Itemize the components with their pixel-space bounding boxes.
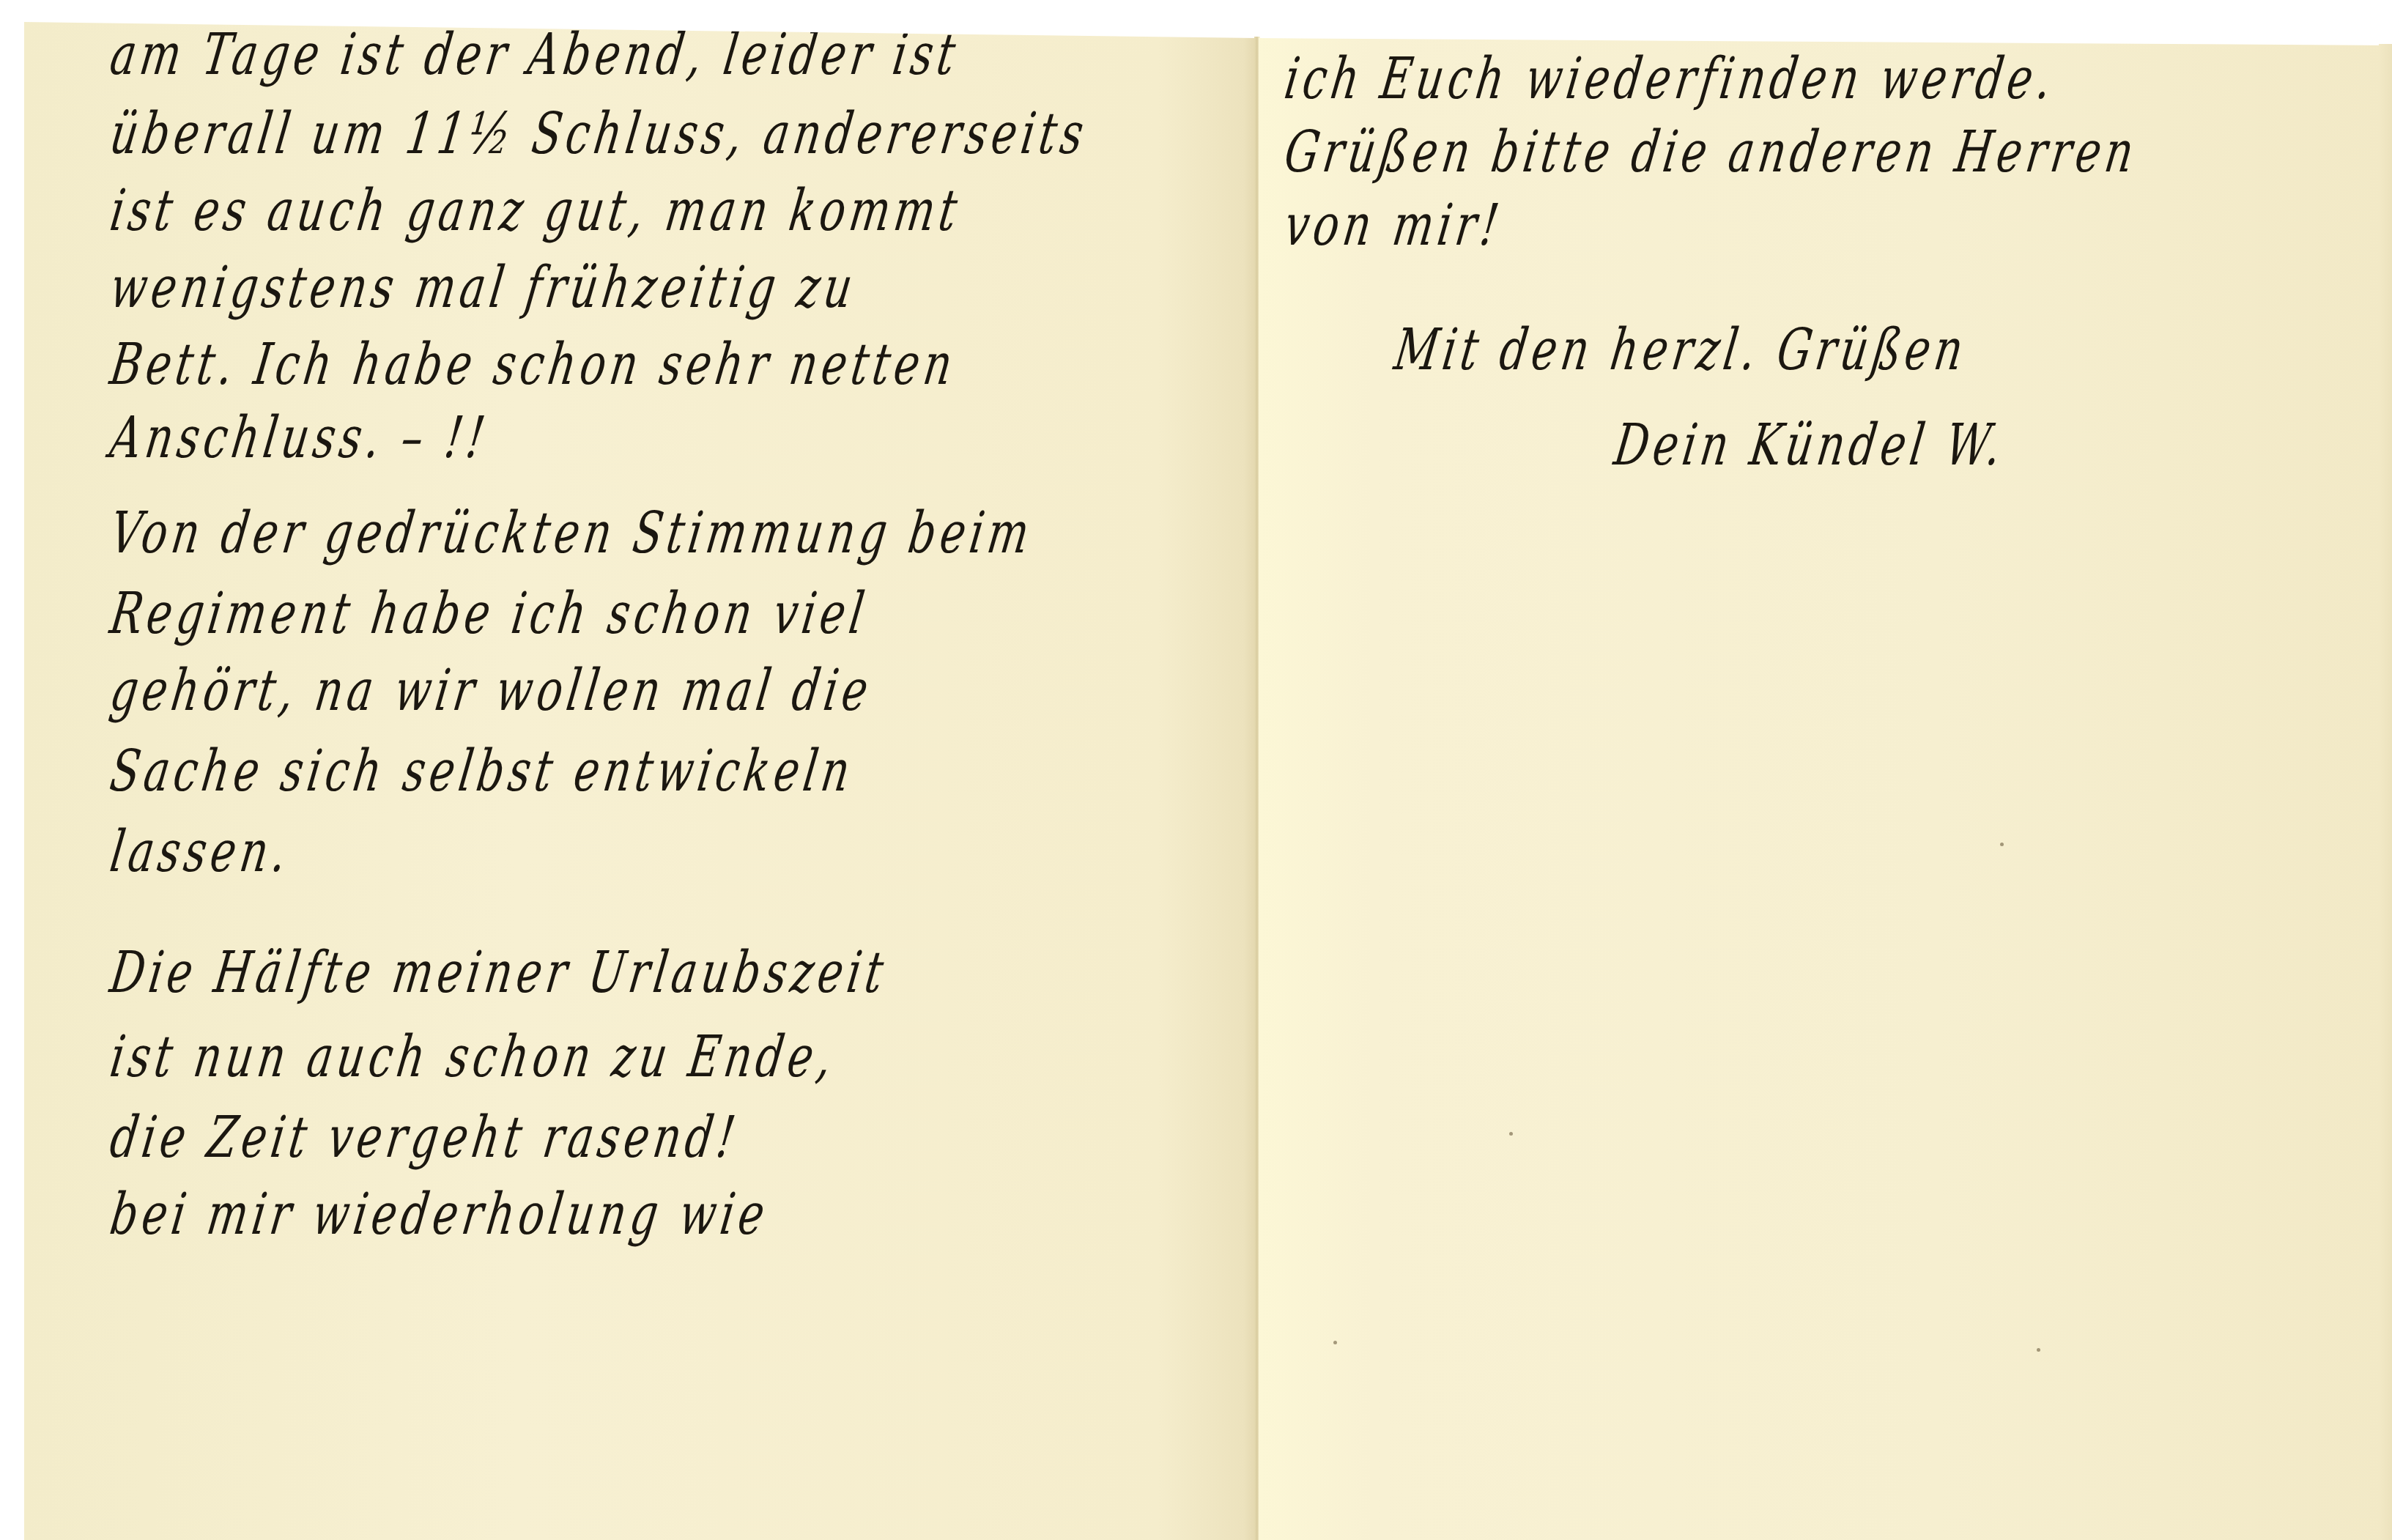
right-line-1: ich Euch wiederfinden werde. xyxy=(1281,45,2060,112)
ink-speck xyxy=(2037,1348,2040,1352)
left-line-5: Bett. Ich habe schon sehr netten xyxy=(106,330,960,398)
left-line-3: ist es auch ganz gut, man kommt xyxy=(106,177,966,244)
scanned-letter: am Tage ist der Abend, leider ist überal… xyxy=(0,0,2392,1540)
closing-greeting: Mit den herzl. Grüßen xyxy=(1391,316,1971,383)
left-line-15: bei mir wiederholung wie xyxy=(106,1180,773,1248)
left-line-7: Von der gedrückten Stimmung beim xyxy=(106,499,1037,566)
left-line-6: Anschluss. – !! xyxy=(106,404,493,471)
left-line-9: gehört, na wir wollen mal die xyxy=(106,656,877,724)
scan-edge xyxy=(2379,44,2392,1540)
left-line-10: Sache sich selbst entwickeln xyxy=(106,737,859,804)
left-page: am Tage ist der Abend, leider ist überal… xyxy=(24,0,1256,1540)
left-line-4: wenigstens mal frühzeitig zu xyxy=(106,253,861,321)
left-line-11: lassen. xyxy=(106,818,295,885)
ink-speck xyxy=(1333,1341,1337,1344)
left-line-13: ist nun auch schon zu Ende, xyxy=(106,1023,840,1090)
left-line-1: am Tage ist der Abend, leider ist xyxy=(106,21,964,88)
right-line-2: Grüßen bitte die anderen Herren xyxy=(1281,118,2142,185)
left-line-2: überall um 11½ Schluss, andererseits xyxy=(106,100,1092,167)
left-line-8: Regiment habe ich schon viel xyxy=(106,580,873,647)
right-line-3: von mir! xyxy=(1281,191,1507,259)
signature: Dein Kündel W. xyxy=(1610,411,2010,478)
ink-speck xyxy=(1509,1132,1513,1136)
ink-speck xyxy=(2000,843,2004,846)
left-line-12: Die Hälfte meiner Urlaubszeit xyxy=(106,939,892,1006)
right-page: ich Euch wiederfinden werde. Grüßen bitt… xyxy=(1259,0,2392,1540)
left-line-14: die Zeit vergeht rasend! xyxy=(106,1103,744,1171)
